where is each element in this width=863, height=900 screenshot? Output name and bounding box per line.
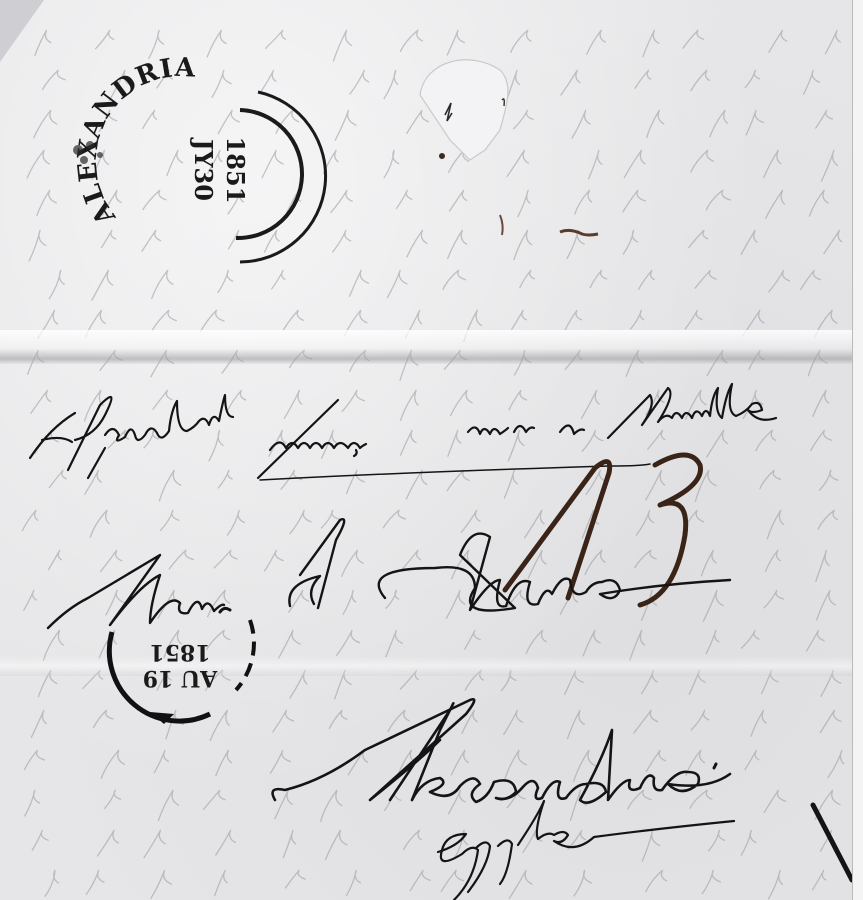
address-country-script bbox=[438, 801, 734, 900]
address-name-script bbox=[48, 519, 730, 628]
page-edge bbox=[852, 0, 863, 900]
endorsement-script bbox=[30, 384, 776, 480]
address-city-script bbox=[273, 699, 730, 802]
handwriting bbox=[0, 0, 852, 900]
